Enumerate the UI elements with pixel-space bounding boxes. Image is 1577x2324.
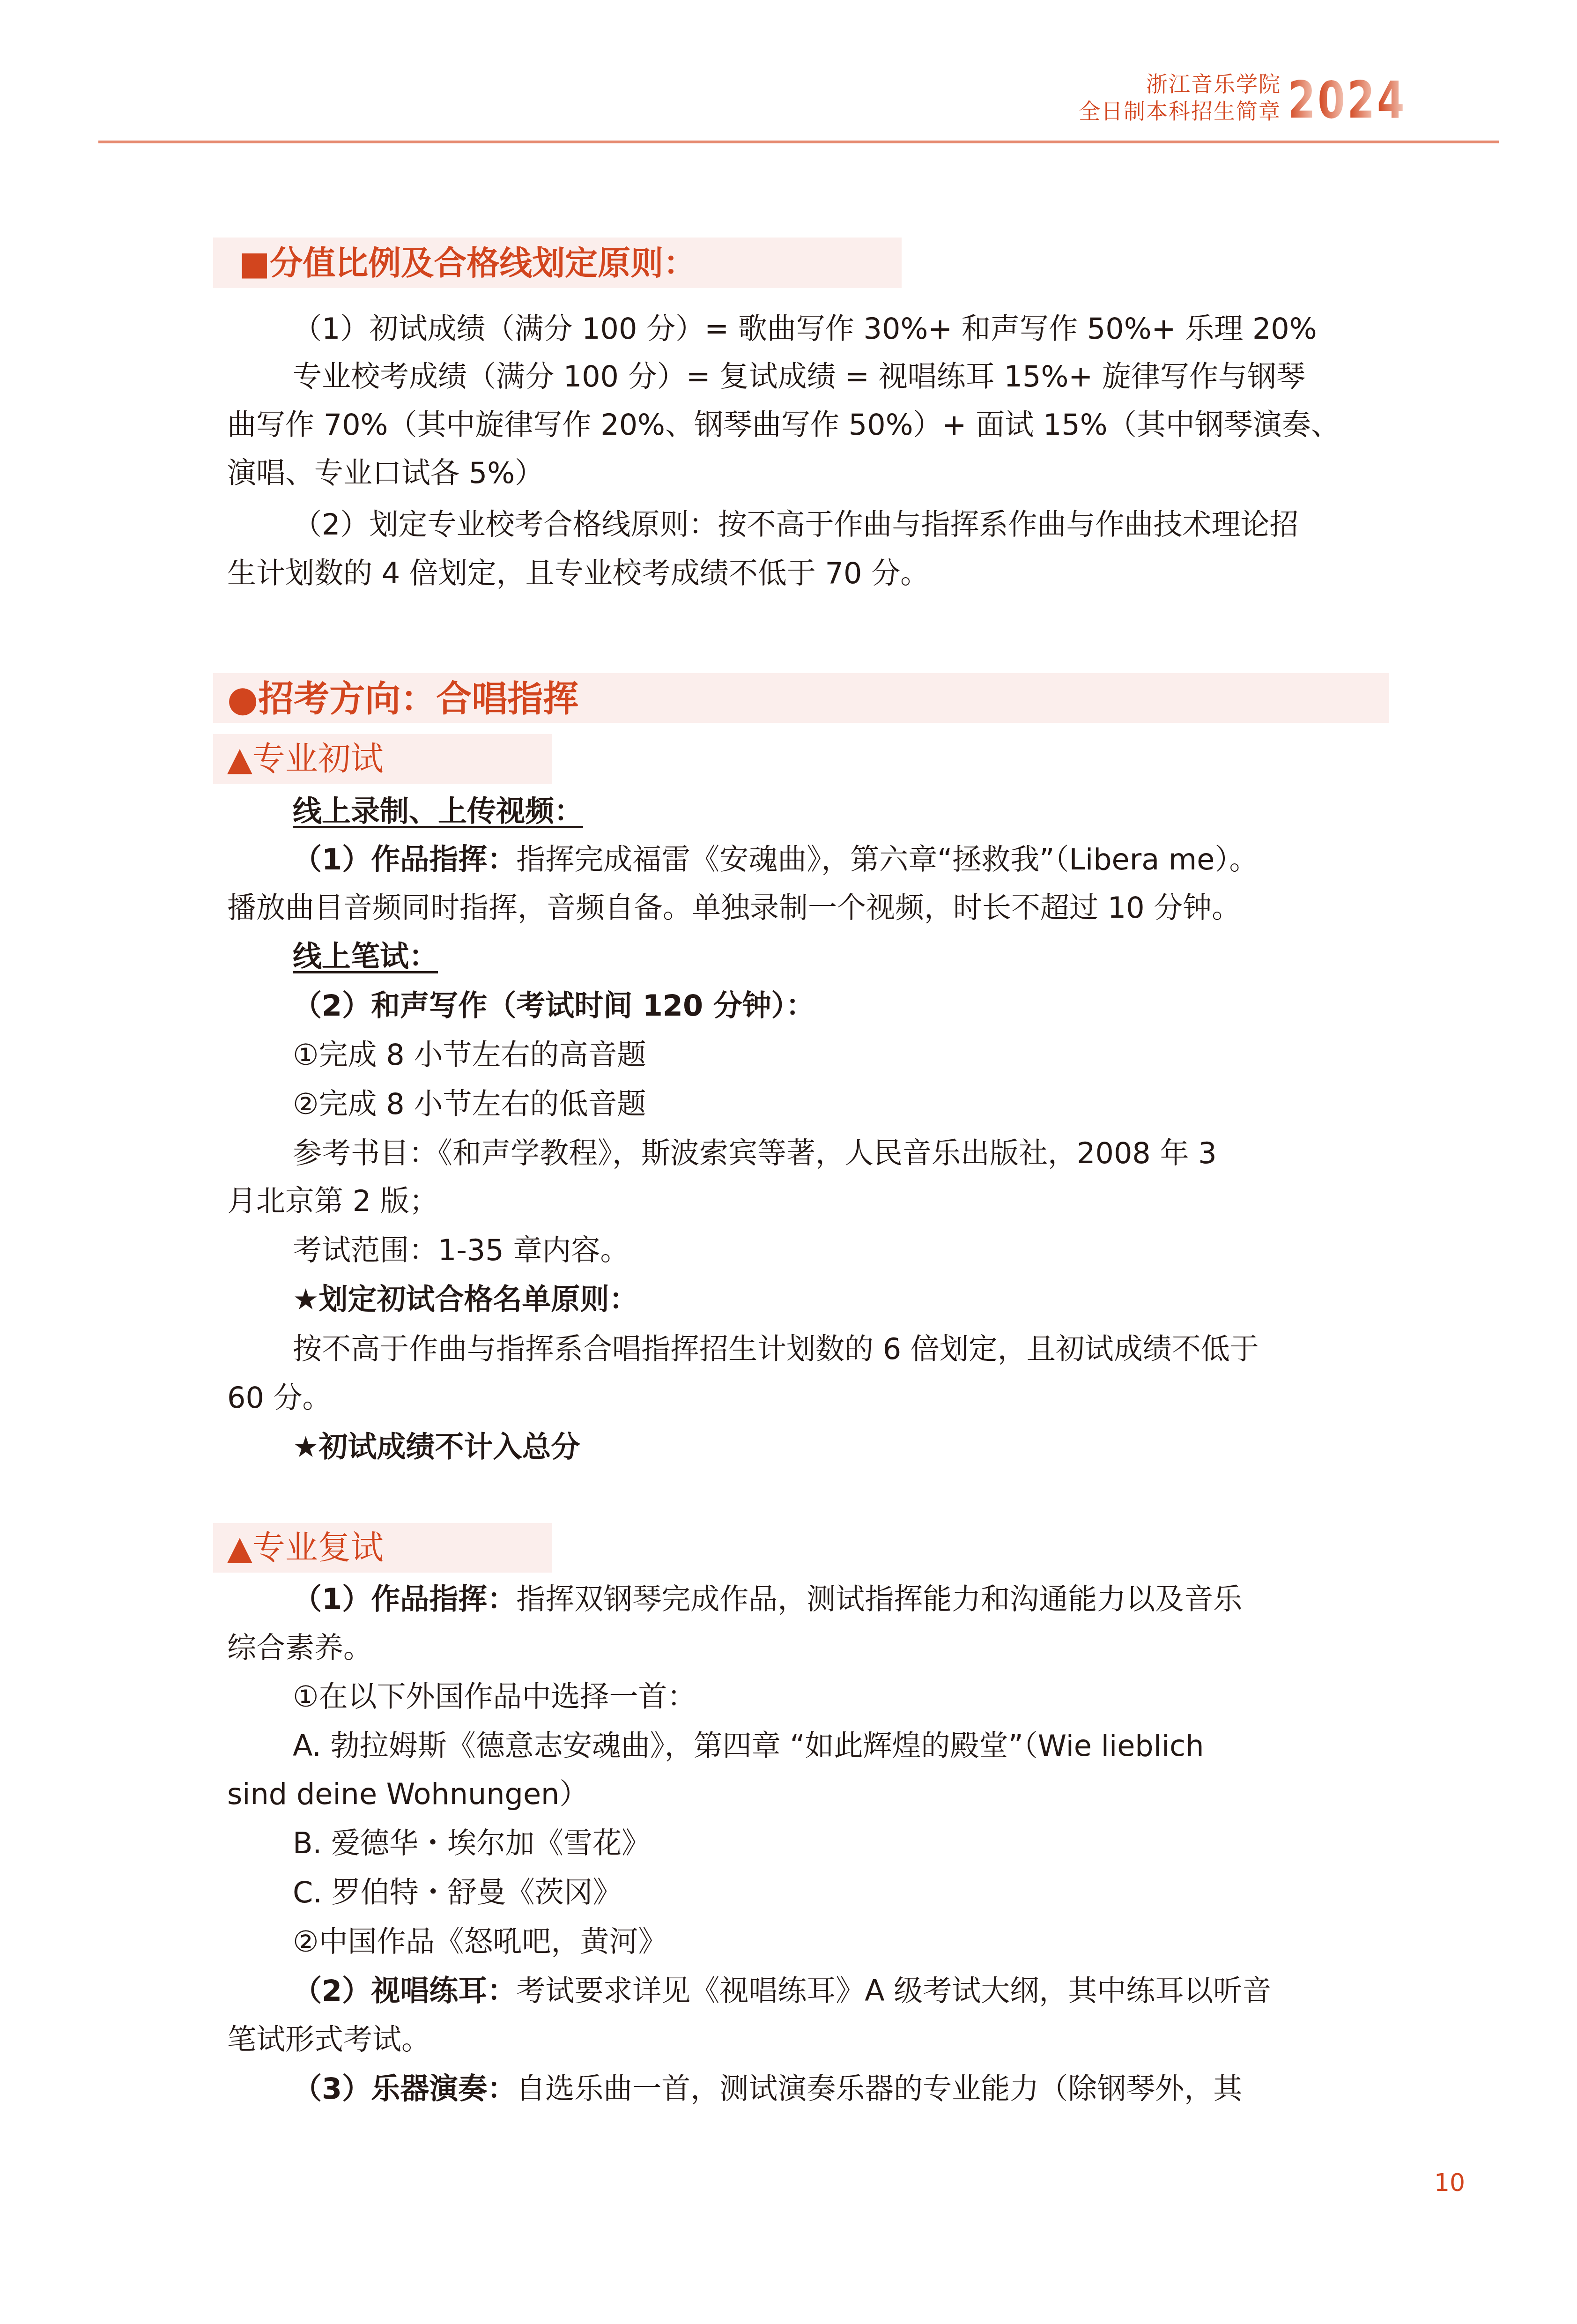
- header-title-block: 浙江音乐学院 全日制本科招生简章: [1079, 70, 1281, 125]
- score-ratio-heading: ■分值比例及合格线划定原则：: [239, 239, 1396, 288]
- retest-heading: ▲专业复试: [227, 1523, 1384, 1572]
- retest-item-3: （3）乐器演奏：自选乐曲一首，测试演奏乐器的专业能力（除钢琴外，其: [227, 2064, 1450, 2113]
- score-line-6: 生计划数的 4 倍划定，且专业校考成绩不低于 70 分。: [227, 549, 1384, 598]
- option-a-line-1: A. 勃拉姆斯《德意志安魂曲》，第四章 “如此辉煌的殿堂”（Wie liebli…: [227, 1722, 1450, 1770]
- page-header: 浙江音乐学院 全日制本科招生简章 2024: [0, 0, 1577, 150]
- header-divider: [98, 141, 1499, 143]
- retest-item-1-text: 指挥双钢琴完成作品，测试指挥能力和沟通能力以及音乐: [516, 1582, 1242, 1616]
- prelim-item-1-cont: 播放曲目音频同时指挥，音频自备。单独录制一个视频，时长不超过 10 分钟。: [227, 884, 1384, 932]
- brochure-subtitle: 全日制本科招生简章: [1079, 97, 1281, 125]
- preliminary-heading: ▲专业初试: [227, 735, 1384, 783]
- score-line-4: 演唱、专业口试各 5%）: [227, 449, 1384, 497]
- reference-line-1: 参考书目：《和声学教程》，斯波索宾等著，人民音乐出版社，2008 年 3: [227, 1129, 1450, 1178]
- chinese-work: ②中国作品《怒吼吧，黄河》: [227, 1917, 1450, 1966]
- score-line-2: 专业校考成绩（满分 100 分）= 复试成绩 = 视唱练耳 15%+ 旋律写作与…: [227, 352, 1450, 401]
- prelim-item-1-label: （1）作品指挥：: [293, 842, 516, 876]
- option-a-line-2: sind deine Wohnungen）: [227, 1770, 1384, 1819]
- retest-item-3-label: （3）乐器演奏：: [293, 2072, 516, 2106]
- retest-item-1: （1）作品指挥：指挥双钢琴完成作品，测试指挥能力和沟通能力以及音乐: [227, 1575, 1450, 1624]
- prelim-item-2-sub2: ②完成 8 小节左右的低音题: [227, 1080, 1450, 1129]
- online-recording-label: 线上录制、上传视频：: [227, 787, 1450, 836]
- option-c: C. 罗伯特・舒曼《茨冈》: [227, 1868, 1450, 1917]
- retest-item-2: （2）视唱练耳：考试要求详见《视唱练耳》A 级考试大纲，其中练耳以听音: [227, 1967, 1450, 2015]
- online-written-label: 线上笔试：: [227, 932, 1450, 981]
- retest-item-1-label: （1）作品指挥：: [293, 1582, 516, 1616]
- online-recording-text: 线上录制、上传视频：: [293, 794, 583, 828]
- school-name: 浙江音乐学院: [1079, 70, 1281, 97]
- option-b: B. 爱德华・埃尔加《雪花》: [227, 1819, 1450, 1868]
- retest-item-3-text: 自选乐曲一首，测试演奏乐器的专业能力（除钢琴外，其: [516, 2072, 1242, 2106]
- direction-heading: ●招考方向：合唱指挥: [227, 675, 1384, 723]
- prelim-item-1: （1）作品指挥：指挥完成福雷《安魂曲》，第六章“拯救我”（Libera me）。: [227, 835, 1450, 884]
- prelim-item-2-sub1: ①完成 8 小节左右的高音题: [227, 1031, 1450, 1079]
- prelim-rule-line-2: 60 分。: [227, 1374, 1384, 1422]
- reference-line-2: 月北京第 2 版；: [227, 1177, 1384, 1225]
- score-line-3: 曲写作 70%（其中旋律写作 20%、钢琴曲写作 50%）+ 面试 15%（其中…: [227, 401, 1384, 449]
- prelim-note: ★初试成绩不计入总分: [227, 1423, 1450, 1471]
- prelim-rule-line-1: 按不高于作曲与指挥系合唱指挥招生计划数的 6 倍划定，且初试成绩不低于: [227, 1325, 1450, 1374]
- page-number: 10: [1434, 2169, 1465, 2197]
- exam-scope: 考试范围：1-35 章内容。: [227, 1226, 1450, 1275]
- score-line-5: （2）划定专业校考合格线原则：按不高于作曲与指挥系作曲与作曲技术理论招: [227, 500, 1450, 549]
- prelim-item-2-label: （2）和声写作（考试时间 120 分钟）：: [227, 981, 1450, 1030]
- retest-item-1-cont: 综合素养。: [227, 1624, 1384, 1672]
- prelim-rule-title: ★划定初试合格名单原则：: [227, 1275, 1450, 1324]
- score-line-1: （1）初试成绩（满分 100 分）= 歌曲写作 30%+ 和声写作 50%+ 乐…: [227, 304, 1450, 353]
- online-written-text: 线上笔试：: [293, 939, 438, 973]
- choose-foreign-work: ①在以下外国作品中选择一首：: [227, 1672, 1450, 1721]
- retest-item-2-label: （2）视唱练耳：: [293, 1974, 516, 2008]
- prelim-item-1-text: 指挥完成福雷《安魂曲》，第六章“拯救我”（Libera me）。: [516, 842, 1258, 876]
- retest-item-2-text: 考试要求详见《视唱练耳》A 级考试大纲，其中练耳以听音: [516, 1974, 1271, 2008]
- header-year: 2024: [1288, 75, 1407, 126]
- retest-item-2-cont: 笔试形式考试。: [227, 2015, 1384, 2064]
